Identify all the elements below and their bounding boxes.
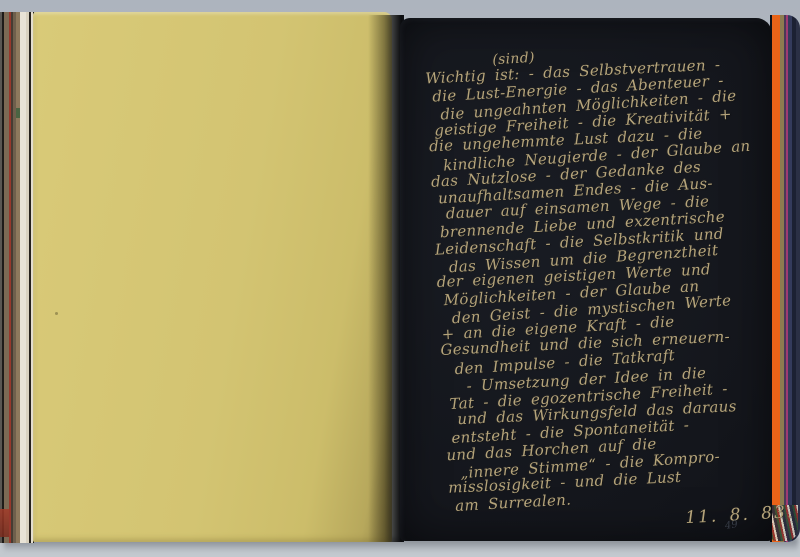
paper-speck — [55, 312, 58, 315]
right-page-written: (sind) Wichtig ist: - das Selbstvertraue… — [400, 18, 772, 541]
photo-background: (sind) Wichtig ist: - das Selbstvertraue… — [0, 0, 800, 557]
open-book: (sind) Wichtig ist: - das Selbstvertraue… — [0, 10, 800, 544]
page-edges-left — [0, 12, 34, 543]
page-number: 49 — [725, 519, 739, 532]
handwritten-lines: Wichtig ist: - das Selbstvertrauen -die … — [425, 52, 800, 515]
book-gutter — [368, 15, 404, 542]
handwritten-text-block: (sind) Wichtig ist: - das Selbstvertraue… — [425, 52, 800, 541]
left-page-blank — [33, 12, 392, 542]
